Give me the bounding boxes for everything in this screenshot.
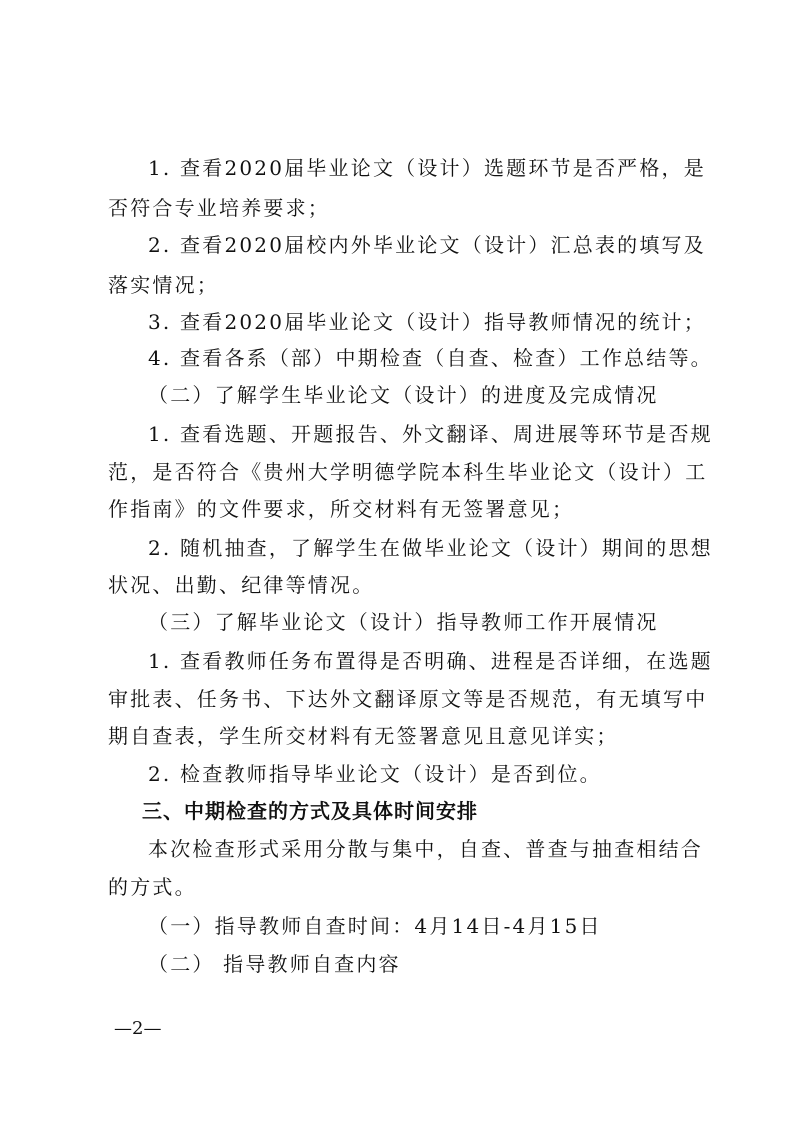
text-line: 1. 查看教师任务布置得是否明确、进程是否详细，在选题 [148, 648, 728, 674]
subsection-heading: （三）了解毕业论文（设计）指导教师工作开展情况 [148, 609, 728, 635]
text-line: 2. 检查教师指导毕业论文（设计）是否到位。 [148, 761, 728, 787]
text-line: 审批表、任务书、下达外文翻译原文等是否规范，有无填写中 [108, 686, 688, 712]
text-line: 落实情况； [108, 272, 688, 298]
section-heading: 三、中期检查的方式及具体时间安排 [142, 798, 722, 824]
text-line: 2. 查看2020届校内外毕业论文（设计）汇总表的填写及 [148, 232, 728, 258]
text-line: 期自查表，学生所交材料有无签署意见且意见详实； [108, 723, 688, 749]
text-line: 作指南》的文件要求，所交材料有无签署意见； [108, 496, 688, 522]
text-line: 的方式。 [108, 874, 688, 900]
document-page: 1. 查看2020届毕业论文（设计）选题环节是否严格，是否符合专业培养要求；2.… [0, 0, 793, 1122]
text-line: 1. 查看2020届毕业论文（设计）选题环节是否严格，是 [148, 155, 728, 181]
page-number: —2— [114, 1018, 161, 1040]
subsection-heading: （一）指导教师自查时间：4月14日-4月15日 [148, 913, 728, 939]
text-line: 1. 查看选题、开题报告、外文翻译、周进展等环节是否规 [148, 421, 728, 447]
text-line: 本次检查形式采用分散与集中，自查、普查与抽查相结合 [148, 836, 728, 862]
text-line: 3. 查看2020届毕业论文（设计）指导教师情况的统计； [148, 309, 728, 335]
text-line: 范，是否符合《贵州大学明德学院本科生毕业论文（设计）工 [108, 459, 688, 485]
text-line: 否符合专业培养要求； [108, 195, 688, 221]
text-line: 4. 查看各系（部）中期检查（自查、检查）工作总结等。 [148, 345, 728, 371]
subsection-heading: （二） 指导教师自查内容 [148, 951, 728, 977]
text-line: 状况、出勤、纪律等情况。 [108, 572, 688, 598]
text-line: 2. 随机抽查，了解学生在做毕业论文（设计）期间的思想 [148, 535, 728, 561]
subsection-heading: （二）了解学生毕业论文（设计）的进度及完成情况 [148, 382, 728, 408]
